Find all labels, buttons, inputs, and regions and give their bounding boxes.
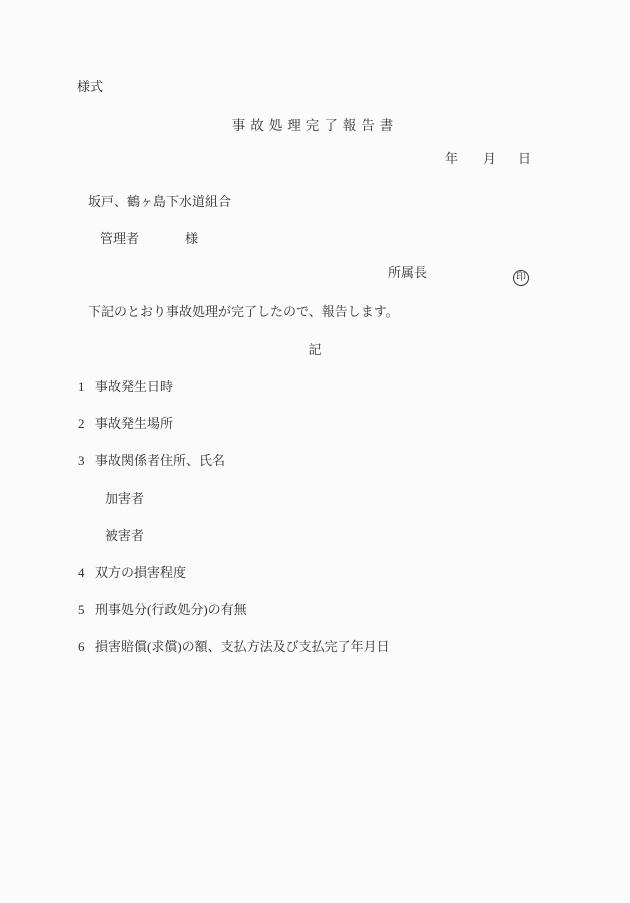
list-item-2: 2事故発生場所 xyxy=(78,415,173,433)
document-title: 事故処理完了報告書 xyxy=(0,117,630,135)
list-item-6: 6損害賠償(求償)の額、支払方法及び支払完了年月日 xyxy=(78,638,390,656)
item-label: 刑事処分(行政処分)の有無 xyxy=(95,602,247,617)
item-label: 損害賠償(求償)の額、支払方法及び支払完了年月日 xyxy=(95,639,390,654)
addressee-role: 管理者 xyxy=(100,231,139,246)
date-year-label: 年 xyxy=(445,151,458,166)
date-month-label: 月 xyxy=(483,151,496,166)
seal-icon: 印 xyxy=(513,270,529,286)
list-subitem-victim: 被害者 xyxy=(105,527,144,545)
date-day-label: 日 xyxy=(518,151,531,166)
sender-line: 所属長印 xyxy=(388,264,529,286)
item-label: 事故発生場所 xyxy=(95,416,173,431)
addressee-line: 管理者様 xyxy=(100,230,198,248)
item-number: 4 xyxy=(78,564,95,582)
form-label: 様式 xyxy=(77,78,103,96)
record-heading: 記 xyxy=(0,341,630,359)
item-number: 2 xyxy=(78,415,95,433)
document-page: 様式 事故処理完了報告書 年月日 坂戸、鶴ヶ島下水道組合 管理者様 所属長印 下… xyxy=(0,0,630,903)
sender-role: 所属長 xyxy=(388,265,427,280)
item-number: 3 xyxy=(78,452,95,470)
date-line: 年月日 xyxy=(445,150,531,168)
list-subitem-assailant: 加害者 xyxy=(105,490,144,508)
item-label: 事故発生日時 xyxy=(95,379,173,394)
list-item-4: 4双方の損害程度 xyxy=(78,564,186,582)
addressee-organization: 坂戸、鶴ヶ島下水道組合 xyxy=(88,193,231,211)
body-text: 下記のとおり事故処理が完了したので、報告します。 xyxy=(88,303,399,321)
item-number: 5 xyxy=(78,601,95,619)
item-label: 双方の損害程度 xyxy=(95,565,186,580)
list-item-5: 5刑事処分(行政処分)の有無 xyxy=(78,601,247,619)
item-number: 1 xyxy=(78,378,95,396)
item-number: 6 xyxy=(78,638,95,656)
list-item-3: 3事故関係者住所、氏名 xyxy=(78,452,225,470)
list-item-1: 1事故発生日時 xyxy=(78,378,173,396)
addressee-honorific: 様 xyxy=(185,231,198,246)
item-label: 事故関係者住所、氏名 xyxy=(95,453,225,468)
